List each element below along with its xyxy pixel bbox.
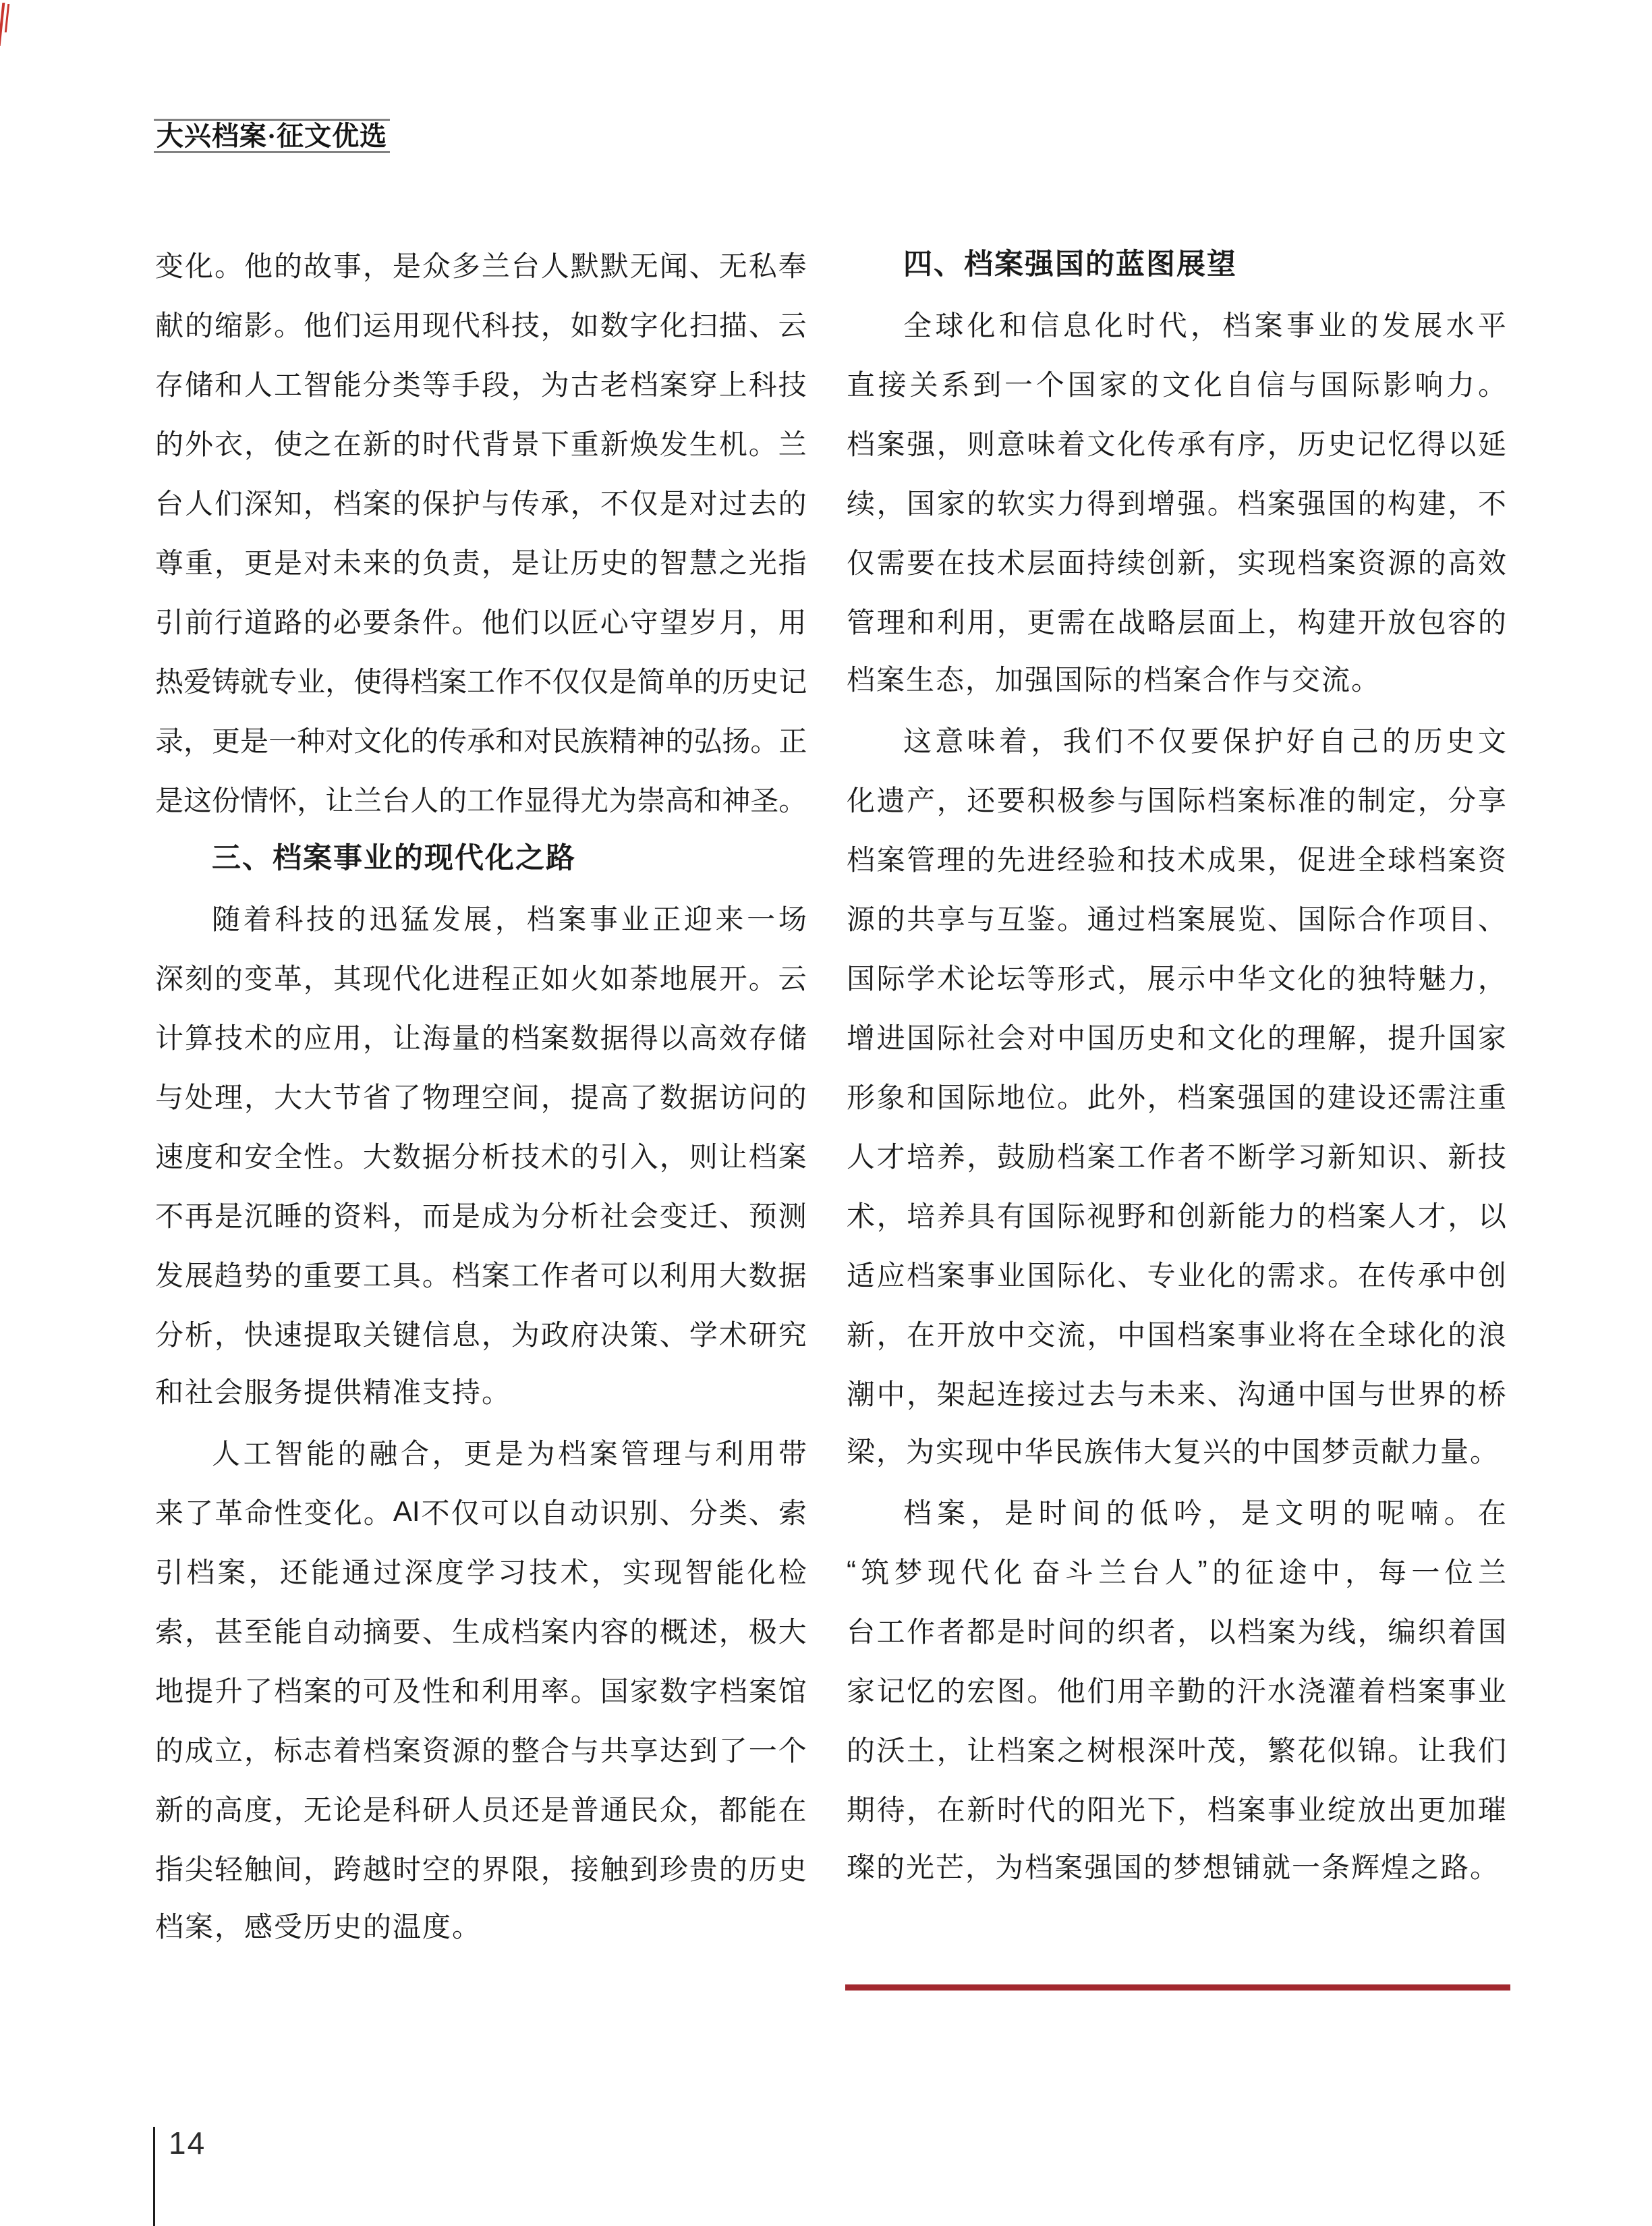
text-line: 增进国际社会对中国历史和文化的理解，提升国家 <box>847 1007 1506 1066</box>
text-line: 化遗产，还要积极参与国际档案标准的制定，分享 <box>847 769 1506 829</box>
text-line: 这意味着，我们不仅要保护好自己的历史文 <box>847 710 1506 769</box>
text-line: 热爱铸就专业，使得档案工作不仅仅是简单的历史记 <box>155 650 807 710</box>
text-line: “筑梦现代化 奋斗兰台人”的征途中，每一位兰 <box>847 1541 1506 1601</box>
text-line: 源的共享与互鉴。通过档案展览、国际合作项目、 <box>847 888 1506 947</box>
text-line: 来了革命性变化。AI不仅可以自动识别、分类、索 <box>155 1482 807 1541</box>
article-end-red-rule <box>845 1984 1510 1991</box>
text-line: 人工智能的融合，更是为档案管理与利用带 <box>155 1422 807 1482</box>
right-text-column: 四、档案强国的蓝图展望全球化和信息化时代，档案事业的发展水平直接关系到一个国家的… <box>847 235 1506 1897</box>
text-line: 指尖轻触间，跨越时空的界限，接触到珍贵的历史 <box>155 1838 807 1897</box>
text-line: 期待，在新时代的阳光下，档案事业绽放出更加璀 <box>847 1779 1506 1838</box>
text-line: 人才培养，鼓励档案工作者不断学习新知识、新技 <box>847 1125 1506 1185</box>
text-line: 发展趋势的重要工具。档案工作者可以利用大数据 <box>155 1244 807 1304</box>
text-line: 不再是沉睡的资料，而是成为分析社会变迁、预测 <box>155 1185 807 1244</box>
text-line: 直接关系到一个国家的文化自信与国际影响力。 <box>847 354 1506 413</box>
page-header-title: 大兴档案·征文优选 <box>154 121 390 151</box>
text-line: 续，国家的软实力得到增强。档案强国的构建，不 <box>847 472 1506 532</box>
text-line: 国际学术论坛等形式，展示中华文化的独特魅力， <box>847 947 1506 1007</box>
text-line: 璨的光芒，为档案强国的梦想铺就一条辉煌之路。 <box>847 1838 1506 1897</box>
left-text-column: 变化。他的故事，是众多兰台人默默无闻、无私奉献的缩影。他们运用现代科技，如数字化… <box>155 235 807 1957</box>
text-line: 引档案，还能通过深度学习技术，实现智能化检 <box>155 1541 807 1601</box>
section-heading: 三、档案事业的现代化之路 <box>155 829 807 888</box>
text-line: 的成立，标志着档案资源的整合与共享达到了一个 <box>155 1719 807 1779</box>
text-line: 地提升了档案的可及性和利用率。国家数字档案馆 <box>155 1660 807 1719</box>
text-line: 深刻的变革，其现代化进程正如火如荼地展开。云 <box>155 947 807 1007</box>
red-corner-mark-icon <box>0 3 5 46</box>
text-line: 索，甚至能自动摘要、生成档案内容的概述，极大 <box>155 1601 807 1660</box>
text-line: 档案管理的先进经验和技术成果，促进全球档案资 <box>847 829 1506 888</box>
text-line: 仅需要在技术层面持续创新，实现档案资源的高效 <box>847 532 1506 591</box>
text-line: 变化。他的故事，是众多兰台人默默无闻、无私奉 <box>155 235 807 294</box>
text-line: 档案，感受历史的温度。 <box>155 1897 807 1957</box>
text-line: 计算技术的应用，让海量的档案数据得以高效存储 <box>155 1007 807 1066</box>
text-line: 录，更是一种对文化的传承和对民族精神的弘扬。正 <box>155 710 807 769</box>
text-line: 引前行道路的必要条件。他们以匠心守望岁月，用 <box>155 591 807 650</box>
text-line: 尊重，更是对未来的负责，是让历史的智慧之光指 <box>155 532 807 591</box>
text-line: 是这份情怀，让兰台人的工作显得尤为崇高和神圣。 <box>155 769 807 829</box>
magazine-page: 大兴档案·征文优选 变化。他的故事，是众多兰台人默默无闻、无私奉献的缩影。他们运… <box>0 0 1652 2226</box>
text-line: 适应档案事业国际化、专业化的需求。在传承中创 <box>847 1244 1506 1304</box>
text-line: 和社会服务提供精准支持。 <box>155 1363 807 1422</box>
red-corner-mark-icon <box>5 4 9 32</box>
text-line: 与处理，大大节省了物理空间，提高了数据访问的 <box>155 1066 807 1125</box>
text-line: 档案强，则意味着文化传承有序，历史记忆得以延 <box>847 413 1506 472</box>
text-line: 台工作者都是时间的织者，以档案为线，编织着国 <box>847 1601 1506 1660</box>
text-line: 梁，为实现中华民族伟大复兴的中国梦贡献力量。 <box>847 1422 1506 1482</box>
text-line: 档案，是时间的低吟，是文明的呢喃。在 <box>847 1482 1506 1541</box>
text-line: 档案生态，加强国际的档案合作与交流。 <box>847 650 1506 710</box>
text-line: 台人们深知，档案的保护与传承，不仅是对过去的 <box>155 472 807 532</box>
text-line: 术，培养具有国际视野和创新能力的档案人才，以 <box>847 1185 1506 1244</box>
section-heading: 四、档案强国的蓝图展望 <box>847 235 1506 294</box>
text-line: 的沃土，让档案之树根深叶茂，繁花似锦。让我们 <box>847 1719 1506 1779</box>
page-number: 14 <box>169 2123 206 2163</box>
text-line: 新，在开放中交流，中国档案事业将在全球化的浪 <box>847 1304 1506 1363</box>
text-line: 管理和利用，更需在战略层面上，构建开放包容的 <box>847 591 1506 650</box>
text-line: 新的高度，无论是科研人员还是普通民众，都能在 <box>155 1779 807 1838</box>
header-rule-bottom <box>154 151 390 153</box>
text-line: 献的缩影。他们运用现代科技，如数字化扫描、云 <box>155 294 807 354</box>
text-line: 存储和人工智能分类等手段，为古老档案穿上科技 <box>155 354 807 413</box>
text-line: 潮中，架起连接过去与未来、沟通中国与世界的桥 <box>847 1363 1506 1422</box>
text-line: 的外衣，使之在新的时代背景下重新焕发生机。兰 <box>155 413 807 472</box>
text-line: 全球化和信息化时代，档案事业的发展水平 <box>847 294 1506 354</box>
text-line: 速度和安全性。大数据分析技术的引入，则让档案 <box>155 1125 807 1185</box>
text-line: 家记忆的宏图。他们用辛勤的汗水浇灌着档案事业 <box>847 1660 1506 1719</box>
text-line: 形象和国际地位。此外，档案强国的建设还需注重 <box>847 1066 1506 1125</box>
footer-vertical-rule <box>153 2127 155 2226</box>
text-line: 随着科技的迅猛发展，档案事业正迎来一场 <box>155 888 807 947</box>
text-line: 分析，快速提取关键信息，为政府决策、学术研究 <box>155 1304 807 1363</box>
